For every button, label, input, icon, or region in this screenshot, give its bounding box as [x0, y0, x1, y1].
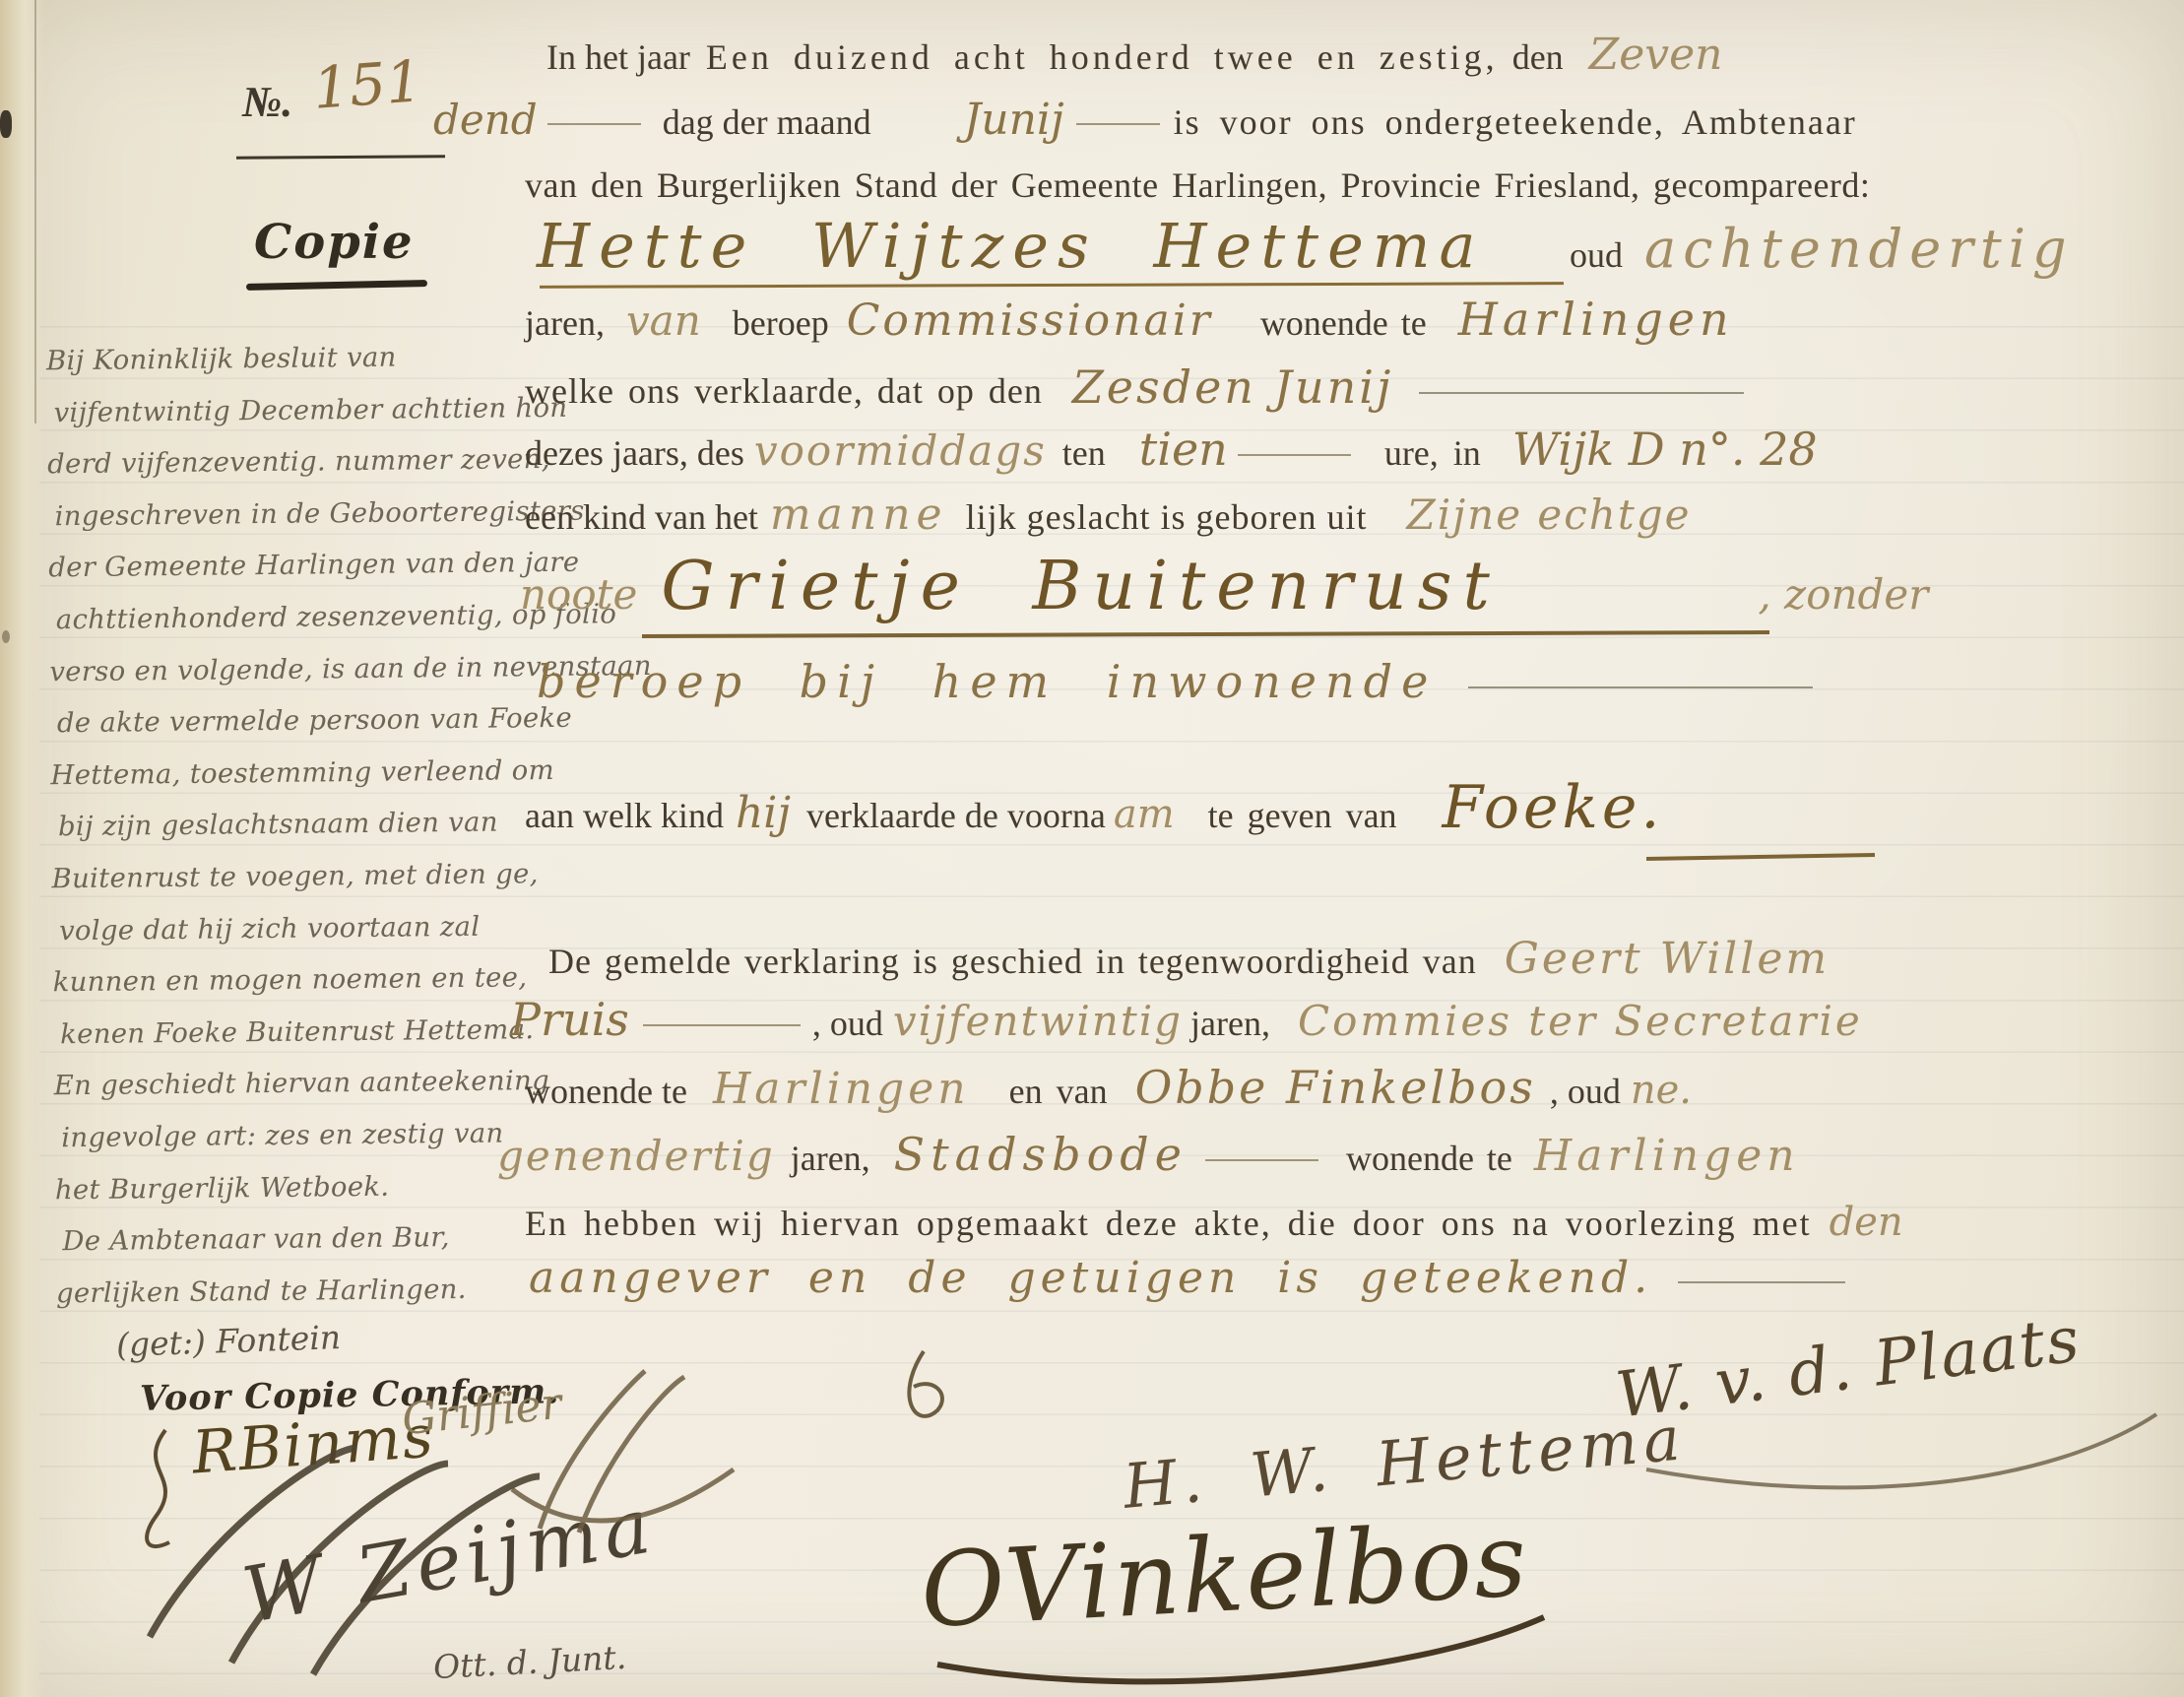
printed-text: wonende te: [1346, 1139, 1512, 1178]
margin-note-line: het Burgerlijk Wetboek.: [55, 1159, 489, 1215]
body-line-4: Hette Wijtzes Hettema oud achtendertig: [537, 210, 2074, 282]
act-number-value: 151: [311, 47, 424, 122]
handwritten-residence: Harlingen: [1458, 293, 1734, 346]
handwritten-daypart: voormiddags: [754, 426, 1047, 475]
margin-note-line: gerlijken Stand te Harlingen.: [56, 1263, 490, 1319]
handwritten-address: Wijk D n°. 28: [1512, 423, 1818, 476]
child-name-underline: [1646, 853, 1875, 861]
fill-rule: [1468, 686, 1813, 688]
ink-speck: [2, 630, 10, 643]
printed-text: , oud: [1550, 1072, 1621, 1111]
printed-text: welke ons verklaarde, dat op den: [525, 371, 1043, 411]
printed-text: een kind van het: [525, 497, 758, 537]
copy-heading: Copie: [254, 215, 415, 270]
printed-text: ure, in: [1384, 433, 1481, 473]
printed-text: dezes jaars, des: [525, 433, 744, 473]
handwritten-mother-occupation: beroep bij hem inwonende: [537, 655, 1437, 708]
body-line-8: een kind van het manne lijk geslacht is …: [525, 490, 1691, 540]
body-line-7: dezes jaars, des voormiddags ten tien ur…: [525, 423, 1818, 476]
handwritten-gender: manne: [770, 490, 948, 540]
handwritten-text: van: [626, 296, 701, 345]
handwritten-text: noote: [520, 570, 637, 619]
handwritten-entry-month: Junij: [964, 95, 1064, 145]
printed-text: dag der maand: [663, 102, 871, 142]
margin-annotation: Bij Koninklijk besluit van vijfentwintig…: [46, 331, 489, 1320]
margin-signed-fontein: (get:) Fontein: [115, 1318, 341, 1364]
margin-note-line: der Gemeente Harlingen van den jare: [48, 538, 482, 594]
margin-note-line: verso en volgende, is aan de in nevensta…: [49, 641, 483, 697]
body-line-3: van den Burgerlijken Stand der Gemeente …: [525, 164, 1870, 206]
printed-text: jaren,: [525, 303, 605, 343]
handwritten-witness1-residence: Harlingen: [713, 1064, 970, 1114]
fill-rule: [1076, 123, 1160, 125]
body-line-11: aan welk kind hij verklaarde de voorna a…: [525, 773, 1663, 842]
body-line-10: beroep bij hem inwonende: [537, 655, 1813, 708]
body-line-5: jaren, van beroep Commissionair wonende …: [525, 293, 1734, 346]
signature-witness-vinkelbos: OVinkelbos: [918, 1499, 1531, 1651]
signature-official: W. v. d. Plaats: [1612, 1303, 2085, 1432]
fill-rule: [643, 1024, 801, 1026]
printed-text: den: [1512, 37, 1564, 77]
margin-note-line: En geschiedt hiervan aanteekening: [53, 1056, 487, 1112]
handwritten-witness2-name: Obbe Finkelbos: [1135, 1061, 1536, 1114]
official-signature-swash: [1646, 1414, 2156, 1487]
body-line-9: noote Grietje Buitenrust , zonder: [520, 548, 1928, 625]
printed-text: beroep: [733, 303, 829, 343]
margin-note-line: Bij Koninklijk besluit van: [46, 331, 481, 387]
handwritten-occupation: Commissionair: [847, 295, 1213, 346]
handwritten-text: am: [1114, 792, 1175, 837]
handwritten-birth-date: Zesden Junij: [1072, 360, 1393, 414]
body-line-6: welke ons verklaarde, dat op den Zesden …: [525, 360, 1744, 414]
handwritten-child-name: Foeke.: [1443, 773, 1664, 842]
margin-note-line: achttienhonderd zesenzeventig, op folio: [49, 590, 483, 646]
fill-rule: [547, 123, 641, 125]
handwritten-mother-name: Grietje Buitenrust: [661, 548, 1754, 625]
handwritten-hour: tien: [1139, 423, 1228, 476]
handwritten-text: hij: [736, 788, 791, 838]
printed-text: jaren,: [791, 1139, 870, 1178]
printed-text: wonende te: [525, 1072, 687, 1111]
handwritten-declarant-name: Hette Wijtzes Hettema: [537, 210, 1541, 282]
margin-note-line: derd vijfenzeventig. nummer zeven,: [47, 434, 482, 490]
margin-note-line: ingevolge art: zes en zestig van: [54, 1108, 488, 1164]
handwritten-closing: aangever en de getuigen is geteekend.: [529, 1253, 1652, 1303]
margin-note-line: Hettema, toestemming verleend om: [50, 745, 484, 801]
ink-speck: [0, 110, 12, 138]
act-number-label: №.: [242, 77, 292, 127]
margin-note-line: kenen Foeke Buitenrust Hettema.: [53, 1004, 487, 1060]
handwritten-text: , zonder: [1758, 570, 1928, 619]
margin-note-line: de akte vermelde persoon van Foeke: [50, 693, 484, 750]
book-binding-edge: [0, 0, 45, 1697]
margin-note-line: Buitenrust te voegen, met dien ge,: [51, 849, 485, 905]
margin-note-line: ingeschreven in de Geboorteregisters: [47, 486, 482, 542]
body-line-13: Pruis , oud vijfentwintig jaren, Commies…: [510, 993, 1863, 1046]
body-line-1: In het jaar Een duizend acht honderd twe…: [546, 30, 1723, 80]
declarant-name-underline: [540, 282, 1564, 289]
body-line-12: De gemelde verklaring is geschied in teg…: [548, 934, 1830, 984]
handwritten-witness1-surname: Pruis: [510, 993, 629, 1046]
signature-clerk2: W Zeijma: [236, 1481, 662, 1641]
margin-note-line: volge dat hij zich voortaan zal: [52, 900, 486, 956]
printed-text: en van: [1009, 1072, 1108, 1111]
copy-heading-underline: [246, 280, 427, 291]
printed-text: lijk geslacht is geboren uit: [966, 497, 1368, 537]
body-line-15: genendertig jaren, Stadsbode wonende te …: [497, 1128, 1800, 1181]
page-edge-line: [34, 0, 36, 424]
printed-text: is voor ons ondergeteekende, Ambtenaar: [1174, 102, 1857, 142]
fill-rule: [1678, 1281, 1845, 1283]
fill-rule: [1238, 454, 1351, 456]
printed-text: te geven van: [1208, 796, 1397, 835]
fill-rule: [1419, 392, 1744, 394]
printed-text: aan welk kind: [525, 796, 724, 835]
clerk-paraph: [147, 1430, 169, 1546]
printed-text: In het jaar: [546, 37, 690, 77]
printed-text: jaren,: [1190, 1004, 1270, 1043]
handwritten-witness2-residence: Harlingen: [1534, 1131, 1800, 1181]
handwritten-text: Zijne echtge: [1407, 490, 1692, 539]
signature-clerk2-note: Ott. d. Junt.: [432, 1638, 627, 1686]
handwritten-text: ne.: [1631, 1068, 1692, 1113]
printed-text: En hebben wij hiervan opgemaakt deze akt…: [525, 1204, 1812, 1243]
margin-note-line: De Ambtenaar van den Bur,: [55, 1211, 489, 1268]
printed-text: De gemelde verklaring is geschied in teg…: [548, 942, 1477, 981]
margin-note-line: vijfentwintig December achttien hon: [46, 382, 481, 438]
handwritten-witness1-age: vijfentwintig: [893, 997, 1183, 1045]
body-line-2: dend dag der maand Junij is voor ons ond…: [433, 95, 1857, 145]
printed-text: ten: [1062, 433, 1106, 473]
handwritten-text: den: [1830, 1200, 1903, 1245]
handwritten-witness2-occupation: Stadsbode: [894, 1128, 1188, 1181]
printed-text: Een duizend acht honderd twee en zestig,: [706, 37, 1499, 77]
printed-text: oud: [1570, 235, 1623, 275]
printed-text: , oud: [812, 1004, 883, 1043]
handwritten-entry-day: Zeven: [1589, 30, 1723, 80]
body-line-16: En hebben wij hiervan opgemaakt deze akt…: [525, 1200, 1903, 1245]
mother-name-underline: [642, 630, 1769, 638]
handwritten-witness1-occupation: Commies ter Secretarie: [1298, 997, 1863, 1045]
margin-note-line: bij zijn geslachtsnaam dien van: [51, 797, 485, 853]
margin-note-line: kunnen en mogen noemen en tee,: [52, 952, 486, 1009]
handwritten-age: achtendertig: [1644, 218, 2074, 280]
body-line-17: aangever en de getuigen is geteekend.: [529, 1253, 1845, 1303]
act-number-underline: [236, 155, 445, 159]
handwritten-entry-day-cont: dend: [433, 96, 538, 144]
birth-certificate-scan: №. 151 Copie Bij Koninklijk besluit van …: [0, 0, 2184, 1697]
body-line-14: wonende te Harlingen en van Obbe Finkelb…: [525, 1061, 1692, 1114]
handwritten-witness2-age: genendertig: [497, 1132, 775, 1180]
printed-text: van den Burgerlijken Stand der Gemeente …: [525, 165, 1870, 205]
printed-text: verklaarde de voorna: [806, 796, 1106, 835]
handwritten-witness1-firstnames: Geert Willem: [1505, 934, 1830, 984]
small-paraph: [909, 1351, 942, 1416]
fill-rule: [1205, 1159, 1318, 1161]
printed-text: wonende te: [1260, 303, 1427, 343]
